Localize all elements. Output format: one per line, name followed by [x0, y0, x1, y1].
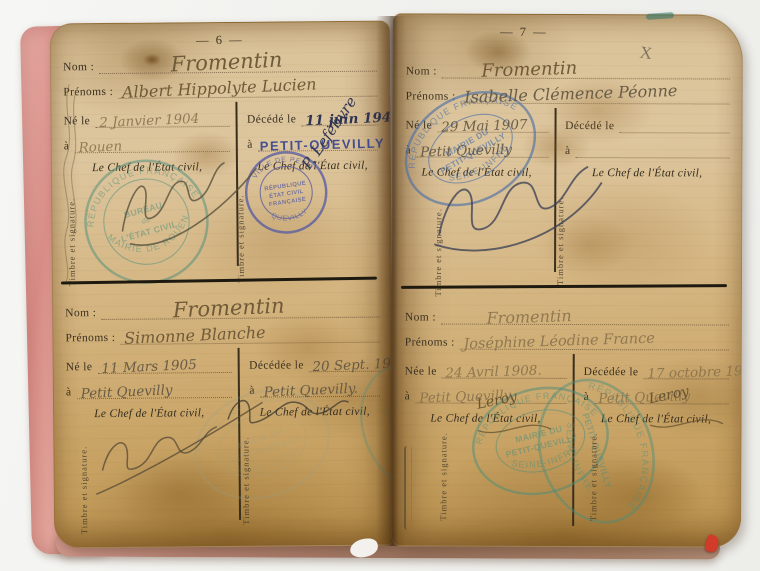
death-column: Décédé le 11 juin 1944 à PETIT-QUEVILLY … — [236, 101, 379, 266]
nom-line: Nom : Fromentin — [63, 50, 377, 75]
prenoms-label: Prénoms : — [405, 336, 460, 349]
prenoms-value: Joséphine Léodine France — [463, 331, 655, 353]
record-entry-josephine: Nom : Fromentin Prénoms : Joséphine Léod… — [392, 290, 741, 543]
prenoms-line: Prénoms : Albert Hippolyte Lucien — [63, 75, 377, 100]
death-place-value: Petit Quevilly. — [263, 381, 358, 401]
a-label: à — [584, 391, 595, 404]
nom-line: Nom : Fromentin — [405, 302, 729, 325]
nom-label: Nom : — [406, 65, 442, 78]
chef-etat-civil-label: Le Chef de l'État civil, — [64, 161, 231, 174]
born-label: Né le — [66, 361, 98, 374]
timbre-label: Timbre et signature. — [588, 409, 598, 521]
nom-value: Fromentin — [481, 58, 577, 82]
dotted-line: Fromentin — [99, 49, 377, 74]
birth-place-value: Rouen — [78, 138, 122, 156]
nom-value: Fromentin — [170, 48, 283, 77]
birth-date-value: 2 Janvier 1904 — [99, 111, 200, 131]
born-label: Née le — [405, 365, 442, 378]
birth-death-columns: Né le 11 Mars 1905 à Petit Quevilly Le C… — [66, 347, 381, 522]
prenoms-label: Prénoms : — [406, 90, 461, 103]
chef-etat-civil-label: Le Chef de l'État civil, — [565, 167, 729, 180]
binding-staple — [404, 446, 412, 530]
family-record-book-scan: — 6 — Nom : Fromentin Prénoms : Albert H… — [0, 0, 760, 571]
death-column: Décédée le 20 Sept. 1905. à Petit Quevil… — [238, 347, 381, 520]
a-label: à — [249, 385, 260, 398]
birth-column: Né le 11 Mars 1905 à Petit Quevilly Le C… — [66, 348, 240, 521]
a-label: à — [247, 139, 258, 152]
nom-value: Fromentin — [486, 306, 572, 328]
timbre-label: Timbre et signature. — [66, 168, 77, 286]
nom-line: Nom : Fromentin — [406, 56, 730, 79]
a-label: à — [405, 390, 416, 403]
nom-label: Nom : — [405, 311, 441, 324]
birth-column: Né le 29 Mai 1907 à Petit Quevilly Le Ch… — [405, 107, 554, 272]
death-date-value: 17 octobre 1909 — [647, 363, 743, 383]
timbre-label: Timbre et signature. — [78, 416, 89, 534]
deceased-label: Décédé le — [565, 120, 619, 133]
birth-date-value: 11 Mars 1905 — [101, 357, 197, 377]
prenoms-label: Prénoms : — [65, 332, 120, 345]
a-label: à — [405, 144, 416, 157]
section-divider — [401, 284, 727, 289]
nom-value: Fromentin — [173, 294, 286, 323]
booklet-right-page: — 7 — X Nom : Fromentin Prénoms : Isabel… — [391, 13, 743, 547]
deceased-label: Décédé le — [247, 113, 301, 126]
birth-column: Née le 24 Avril 1908. à Petit Quevilly. … — [404, 353, 573, 526]
prenoms-value: Albert Hippolyte Lucien — [121, 74, 316, 101]
a-label: à — [66, 386, 77, 399]
born-label: Né le — [406, 119, 438, 132]
birth-date-value: 29 Mai 1907 — [441, 117, 528, 136]
deceased-label: Décédée le — [584, 366, 644, 379]
timbre-label: Timbre et signature. — [433, 185, 443, 297]
birth-place-value: Petit Quevilly — [419, 142, 511, 161]
birth-date-value: 24 Avril 1908. — [445, 363, 542, 382]
timbre-label: Timbre et signature. — [438, 409, 448, 521]
page-number-right: — 7 — — [394, 24, 654, 40]
center-fold — [376, 16, 406, 546]
birth-death-columns: Né le 29 Mai 1907 à Petit Quevilly Le Ch… — [405, 107, 730, 272]
death-column: Décédé le à Le Chef de l'État civil, — [554, 108, 730, 273]
prenoms-line: Prénoms : Joséphine Léodine France — [405, 327, 729, 350]
record-entry-albert: Nom : Fromentin Prénoms : Albert Hippoly… — [51, 38, 391, 281]
timbre-label: Timbre et signature. — [555, 167, 565, 285]
birth-death-columns: Née le 24 Avril 1908. à Petit Quevilly. … — [404, 353, 729, 526]
record-entry-simonne: Nom : Fromentin Prénoms : Simonne Blanch… — [53, 284, 393, 545]
timbre-label: Timbre et signature. — [235, 165, 246, 283]
prenoms-line: Prénoms : Isabelle Clémence Péonne — [406, 81, 730, 104]
chef-etat-civil-label: Le Chef de l'État civil, — [404, 412, 566, 425]
chef-etat-civil-label: Le Chef de l'État civil, — [66, 407, 233, 420]
nom-line: Nom : Fromentin — [65, 296, 379, 321]
timbre-label: Timbre et signature. — [240, 407, 251, 525]
prenoms-value: Simonne Blanche — [124, 323, 266, 348]
prenoms-value: Isabelle Clémence Péonne — [464, 81, 678, 107]
birth-column: Né le 2 Janvier 1904 à Rouen Le Chef de … — [63, 102, 237, 267]
chef-etat-civil-label: Le Chef de l'État civil, — [583, 413, 728, 426]
chef-etat-civil-label: Le Chef de l'État civil, — [405, 166, 548, 178]
chef-etat-civil-label: Le Chef de l'État civil, — [249, 406, 380, 419]
a-label: à — [565, 145, 576, 158]
nom-label: Nom : — [65, 307, 101, 320]
booklet-left-page: — 6 — Nom : Fromentin Prénoms : Albert H… — [50, 21, 395, 549]
prenoms-line: Prénoms : Simonne Blanche — [65, 321, 379, 346]
birth-place-value: Petit Quevilly — [80, 382, 173, 402]
nom-label: Nom : — [63, 61, 99, 74]
deceased-label: Décédée le — [249, 359, 309, 373]
record-entry-isabelle: Nom : Fromentin Prénoms : Isabelle Cléme… — [393, 44, 742, 285]
